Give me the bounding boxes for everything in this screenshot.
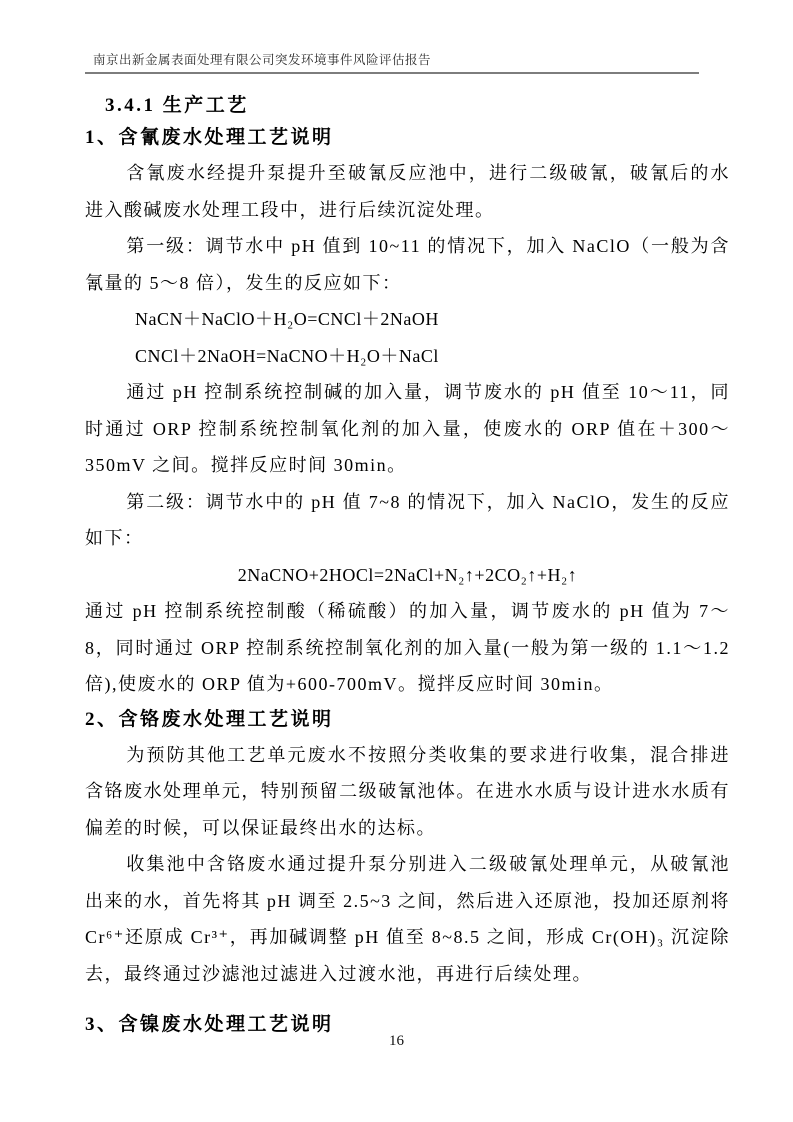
equation-nacn-naclo: NaCN＋NaClO＋H₂O=CNCl＋2NaOH — [85, 301, 730, 338]
paragraph-cyanide-intro: 含氰废水经提升泵提升至破氰反应池中，进行二级破氰，破氰后的水进入酸碱废水处理工段… — [85, 155, 730, 228]
paragraph-first-stage: 第一级：调节水中 pH 值到 10~11 的情况下，加入 NaClO（一般为含氰… — [85, 228, 730, 301]
page-content: 3.4.1 生产工艺 1、含氰废水处理工艺说明 含氰废水经提升泵提升至破氰反应池… — [85, 90, 730, 1042]
paragraph-ph-orp-control-stage1: 通过 pH 控制系统控制碱的加入量，调节废水的 pH 值至 10～11，同时通过… — [85, 374, 730, 484]
paragraph-chromium-collection: 为预防其他工艺单元废水不按照分类收集的要求进行收集，混合排进含铬废水处理单元，特… — [85, 737, 730, 847]
subsection-1-heading-cyanide-wastewater: 1、含氰废水处理工艺说明 — [85, 121, 730, 155]
page-number: 16 — [389, 1033, 404, 1049]
equation-cncl-naoh: CNCl＋2NaOH=NaCNO＋H₂O＋NaCl — [85, 338, 730, 375]
paragraph-chromium-process: 收集池中含铬废水通过提升泵分别进入二级破氰处理单元，从破氰池出来的水，首先将其 … — [85, 846, 730, 992]
page-footer: 16 — [0, 1033, 793, 1050]
header-rule — [85, 72, 699, 74]
paragraph-ph-orp-control-stage2: 通过 pH 控制系统控制酸（稀硫酸）的加入量，调节废水的 pH 值为 7～8，同… — [85, 593, 730, 703]
paragraph-second-stage: 第二级：调节水中的 pH 值 7~8 的情况下，加入 NaClO，发生的反应如下… — [85, 484, 730, 557]
page-header-title: 南京出新金属表面处理有限公司突发环境事件风险评估报告 — [85, 50, 699, 68]
subsection-2-heading-chromium-wastewater: 2、含铬废水处理工艺说明 — [85, 703, 730, 737]
equation-nacno-hocl: 2NaCNO+2HOCl=2NaCl+N₂↑+2CO₂↑+H₂↑ — [85, 557, 730, 594]
section-heading-production-process: 3.4.1 生产工艺 — [85, 90, 730, 121]
page-header: 南京出新金属表面处理有限公司突发环境事件风险评估报告 — [85, 50, 699, 74]
document-page: 南京出新金属表面处理有限公司突发环境事件风险评估报告 3.4.1 生产工艺 1、… — [0, 0, 793, 1122]
